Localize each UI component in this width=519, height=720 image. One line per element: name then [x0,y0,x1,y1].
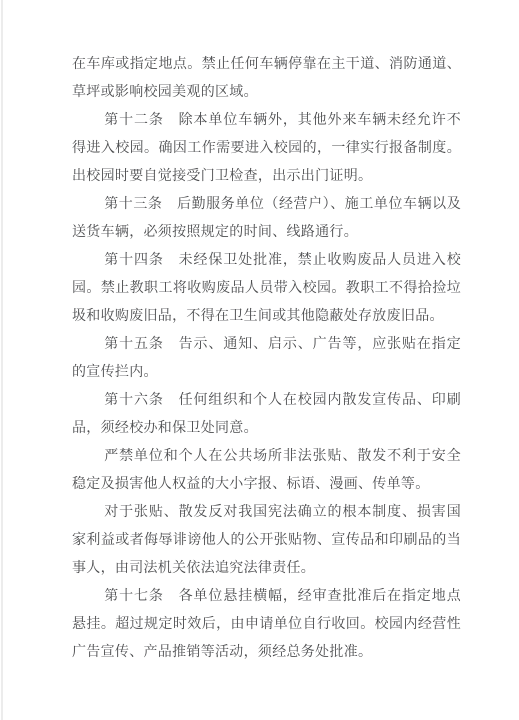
paragraph-article-15: 第十五条 告示、通知、启示、广告等，应张贴在指定的宣传拦内。 [72,331,461,387]
paragraph-article-14: 第十四条 未经保卫处批准，禁止收购废品人员进入校园。禁止教职工将收购废品人员带入… [72,247,461,331]
paragraph-article-17: 第十七条 各单位悬挂横幅，经审查批准后在指定地点悬挂。超过规定时效后，由申请单位… [72,583,461,667]
paragraph-article-13: 第十三条 后勤服务单位（经营户）、施工单位车辆以及送货车辆，必须按照规定的时间、… [72,191,461,247]
document-body-text: 在车库或指定地点。禁止任何车辆停靠在主干道、消防通道、草坪或影响校园美观的区域。… [72,51,461,667]
document-page: 在车库或指定地点。禁止任何车辆停靠在主干道、消防通道、草坪或影响校园美观的区域。… [0,0,519,720]
paragraph-article-16-clause-2: 严禁单位和个人在公共场所非法张贴、散发不利于安全稳定及损害他人权益的大小字报、标… [72,443,461,499]
paragraph-article-16-clause-3: 对于张贴、散发反对我国宪法确立的根本制度、损害国家利益或者侮辱诽谤他人的公开张贴… [72,499,461,583]
paragraph-continuation: 在车库或指定地点。禁止任何车辆停靠在主干道、消防通道、草坪或影响校园美观的区域。 [72,51,461,107]
paragraph-article-16: 第十六条 任何组织和个人在校园内散发宣传品、印刷品，须经校办和保卫处同意。 [72,387,461,443]
page-left-scan-edge [1,0,3,720]
paragraph-article-12: 第十二条 除本单位车辆外，其他外来车辆未经允许不得进入校园。确因工作需要进入校园… [72,107,461,191]
